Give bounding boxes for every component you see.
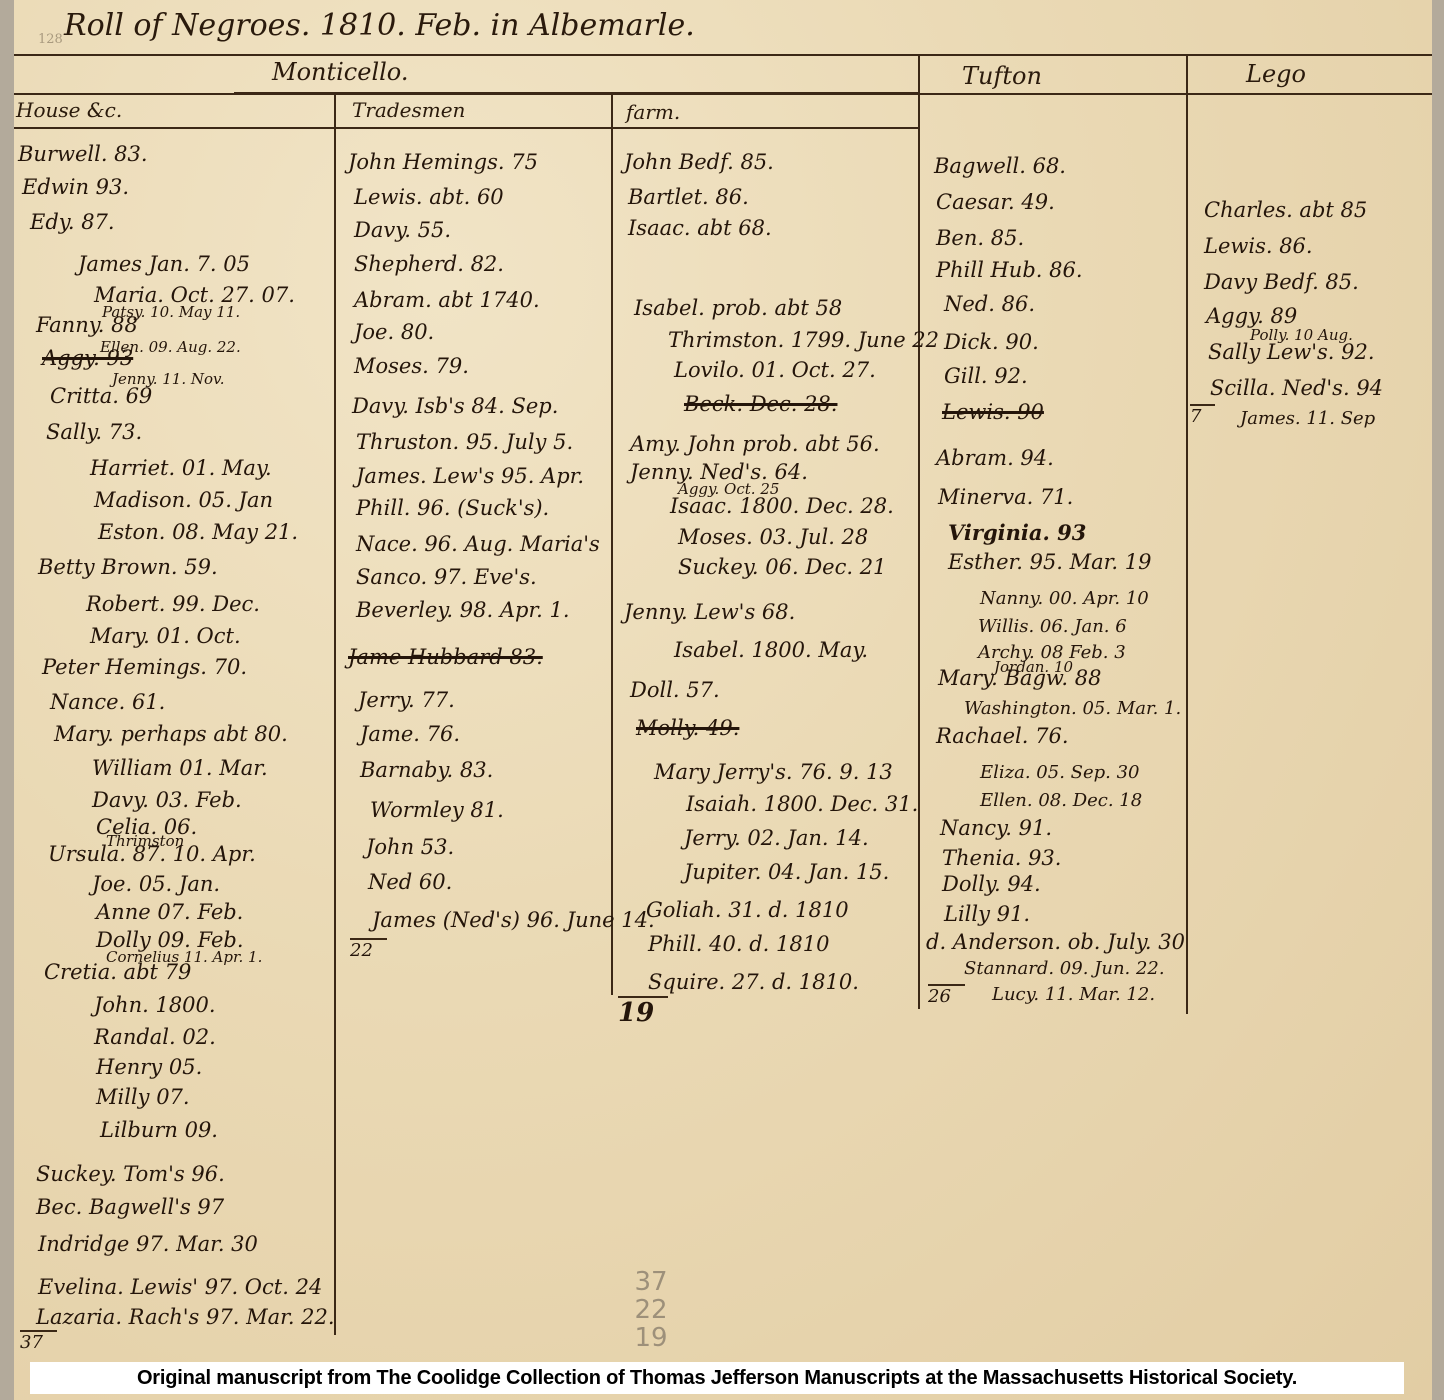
list-item: Jame. 76. — [360, 722, 460, 746]
list-item: Harriet. 01. May. — [90, 456, 272, 480]
header-rule-top — [14, 54, 1432, 56]
list-item: Ellen. 08. Dec. 18 — [980, 790, 1142, 811]
house-total: 37 — [20, 1330, 57, 1353]
list-item: Nancy. 91. — [940, 816, 1052, 840]
list-item: Minerva. 71. — [938, 485, 1073, 509]
list-item: Phill. 40. d. 1810 — [648, 932, 829, 956]
pencil-tally-item: 22 — [626, 1296, 676, 1324]
list-item: Suckey. Tom's 96. — [36, 1162, 225, 1186]
list-item: Mary Jerry's. 76. 9. 13 — [654, 760, 893, 784]
list-item: Davy. 03. Feb. — [92, 788, 242, 812]
list-item: Dick. 90. — [944, 330, 1039, 354]
list-item: James. 11. Sep — [1240, 408, 1375, 429]
list-item: James Jan. 7. 05 — [78, 252, 250, 276]
list-item: Rachael. 76. — [936, 724, 1069, 748]
list-item: Burwell. 83. — [18, 142, 148, 166]
list-item: Willis. 06. Jan. 6 — [978, 616, 1127, 637]
list-item: Isaiah. 1800. Dec. 31. — [686, 792, 918, 816]
list-item: Sally. 73. — [46, 420, 142, 444]
header-tradesmen: Tradesmen — [352, 98, 465, 122]
list-item: Lewis. 86. — [1204, 234, 1313, 258]
divider-tufton-lego — [1186, 54, 1188, 1014]
source-caption: Original manuscript from The Coolidge Co… — [30, 1362, 1404, 1394]
pencil-tally-item: 19 — [626, 1324, 676, 1352]
list-item: John. 1800. — [94, 993, 216, 1017]
list-item: Bartlet. 86. — [628, 185, 749, 209]
list-item: Jerry. 77. — [358, 688, 455, 712]
pencil-tally-item: 37 — [626, 1268, 676, 1296]
list-item: Barnaby. 83. — [360, 758, 493, 782]
list-item: Edwin 93. — [22, 175, 129, 199]
list-item: Jupiter. 04. Jan. 15. — [684, 860, 889, 884]
list-item: Gill. 92. — [944, 364, 1028, 388]
list-item: John Bedf. 85. — [624, 150, 774, 174]
list-item: Davy Bedf. 85. — [1204, 270, 1359, 294]
list-item: Peter Hemings. 70. — [42, 655, 247, 679]
list-item: Robert. 99. Dec. — [86, 592, 260, 616]
list-item: Lazaria. Rach's 97. Mar. 22. — [36, 1305, 335, 1329]
list-item: Goliah. 31. d. 1810 — [646, 898, 849, 922]
list-item: Mary. perhaps abt 80. — [54, 722, 288, 746]
list-item: Molly. 49. — [636, 716, 739, 740]
list-item: Henry 05. — [96, 1055, 202, 1079]
list-item: Esther. 95. Mar. 19 — [948, 550, 1151, 574]
tradesmen-total: 22 — [350, 938, 387, 961]
list-item: Charles. abt 85 — [1204, 198, 1367, 222]
list-item: Lilburn 09. — [100, 1118, 218, 1142]
list-item: Moses. 03. Jul. 28 — [678, 525, 868, 549]
list-item: d. Anderson. ob. July. 30 — [926, 930, 1185, 954]
list-item: Isabel. 1800. May. — [674, 638, 868, 662]
list-item: Shepherd. 82. — [354, 252, 504, 276]
list-item: Phill Hub. 86. — [936, 258, 1083, 282]
tufton-total: 26 — [928, 984, 965, 1007]
list-item: Isaac. 1800. Dec. 28. — [670, 494, 894, 518]
list-item: Abram. 94. — [936, 446, 1054, 470]
list-item: Amy. John prob. abt 56. — [630, 432, 880, 456]
list-item: Eliza. 05. Sep. 30 — [980, 762, 1140, 783]
list-item: Thrimston. 1799. June 22 — [668, 328, 939, 352]
list-item: Wormley 81. — [370, 798, 504, 822]
list-item: Randal. 02. — [94, 1025, 216, 1049]
pencil-tally: 37 22 19 — [626, 1268, 676, 1352]
list-item: Beck. Dec. 28. — [684, 392, 837, 416]
list-item: Jerry. 02. Jan. 14. — [684, 826, 869, 850]
list-item: Washington. 05. Mar. 1. — [964, 698, 1181, 719]
list-item: Davy. Isb's 84. Sep. — [352, 394, 558, 418]
farm-total: 19 — [618, 996, 668, 1028]
list-item: Lucy. 11. Mar. 12. — [992, 984, 1155, 1005]
header-tufton: Tufton — [962, 62, 1042, 90]
header-lego: Lego — [1246, 60, 1306, 88]
divider-house-tradesmen — [334, 95, 336, 1335]
list-item: Abram. abt 1740. — [354, 288, 540, 312]
manuscript-page: Roll of Negroes. 1810. Feb. in Albemarle… — [14, 0, 1432, 1400]
divider-tradesmen-farm — [611, 95, 613, 995]
list-item: Milly 07. — [96, 1085, 190, 1109]
list-item: Lilly 91. — [944, 902, 1030, 926]
header-house: House &c. — [16, 98, 122, 122]
list-item: Caesar. 49. — [936, 190, 1055, 214]
list-item: Phill. 96. (Suck's). — [356, 496, 549, 520]
list-item: Nanny. 00. Apr. 10 — [980, 588, 1149, 609]
list-item: Critta. 69 — [50, 384, 152, 408]
list-item: Isaac. abt 68. — [628, 216, 772, 240]
list-item: Ned 60. — [368, 870, 452, 894]
list-item: Aggy. 89 — [1206, 304, 1297, 328]
divider-farm-tufton — [918, 54, 920, 1009]
list-item: John Hemings. 75 — [348, 150, 538, 174]
list-item: Fanny. 88 — [36, 313, 138, 337]
list-item: Davy. 55. — [354, 218, 451, 242]
header-farm: farm. — [626, 100, 680, 124]
list-item: Bec. Bagwell's 97 — [36, 1195, 224, 1219]
list-item: Thenia. 93. — [942, 846, 1061, 870]
list-item: Cretia. abt 79 — [44, 960, 191, 984]
page-number: 128 — [38, 32, 63, 47]
list-item: Sanco. 97. Eve's. — [356, 565, 537, 589]
list-item: Moses. 79. — [354, 354, 469, 378]
list-item: Ned. 86. — [944, 292, 1035, 316]
list-item: Scilla. Ned's. 94 — [1210, 376, 1383, 400]
list-item: Eston. 08. May 21. — [98, 520, 298, 544]
list-item: Betty Brown. 59. — [38, 555, 218, 579]
list-item: Isabel. prob. abt 58 — [634, 296, 842, 320]
list-item: Ben. 85. — [936, 226, 1024, 250]
header-monticello: Monticello. — [272, 58, 408, 86]
list-item: Aggy. 93 — [42, 346, 133, 370]
list-item: Madison. 05. Jan — [94, 488, 273, 512]
list-item: Squire. 27. d. 1810. — [648, 970, 859, 994]
list-item: Virginia. 93 — [948, 520, 1086, 545]
list-item: Nace. 96. Aug. Maria's — [356, 532, 600, 556]
list-item: Nance. 61. — [50, 690, 165, 714]
list-item: Anne 07. Feb. — [96, 900, 243, 924]
list-item: Joe. 05. Jan. — [92, 872, 220, 896]
document-title: Roll of Negroes. 1810. Feb. in Albemarle… — [64, 8, 695, 43]
list-item: Mary. 01. Oct. — [90, 624, 241, 648]
list-item: Lovilo. 01. Oct. 27. — [674, 358, 876, 382]
list-item: William 01. Mar. — [92, 756, 268, 780]
list-item: Bagwell. 68. — [934, 154, 1066, 178]
list-item: Sally Lew's. 92. — [1208, 340, 1375, 364]
list-item: Indridge 97. Mar. 30 — [38, 1232, 258, 1256]
list-item: Lewis. abt. 60 — [354, 185, 504, 209]
list-item: Mary. Bagw. 88 — [938, 666, 1101, 690]
list-item: Thruston. 95. July 5. — [356, 430, 573, 454]
list-item: Suckey. 06. Dec. 21 — [678, 555, 886, 579]
subheader-rule — [14, 127, 918, 129]
header-rule-bottom — [14, 93, 1432, 95]
list-item: Stannard. 09. Jun. 22. — [964, 958, 1165, 979]
list-item: John 53. — [366, 835, 454, 859]
lego-total: 7 — [1190, 404, 1215, 427]
list-item: James (Ned's) 96. June 14. — [372, 908, 655, 932]
list-item: Jenny. Lew's 68. — [624, 600, 795, 624]
list-item: Joe. 80. — [354, 320, 434, 344]
list-item: Evelina. Lewis' 97. Oct. 24 — [38, 1275, 322, 1299]
list-item: Edy. 87. — [30, 210, 115, 234]
list-item: Lewis. 90 — [942, 400, 1044, 424]
list-item: James. Lew's 95. Apr. — [356, 464, 584, 488]
list-item: Ursula. 87. 10. Apr. — [48, 842, 256, 866]
list-item: Beverley. 98. Apr. 1. — [356, 598, 570, 622]
list-item: Doll. 57. — [630, 678, 720, 702]
list-item: Jame Hubbard 83. — [348, 645, 543, 669]
list-item: Dolly. 94. — [942, 872, 1041, 896]
